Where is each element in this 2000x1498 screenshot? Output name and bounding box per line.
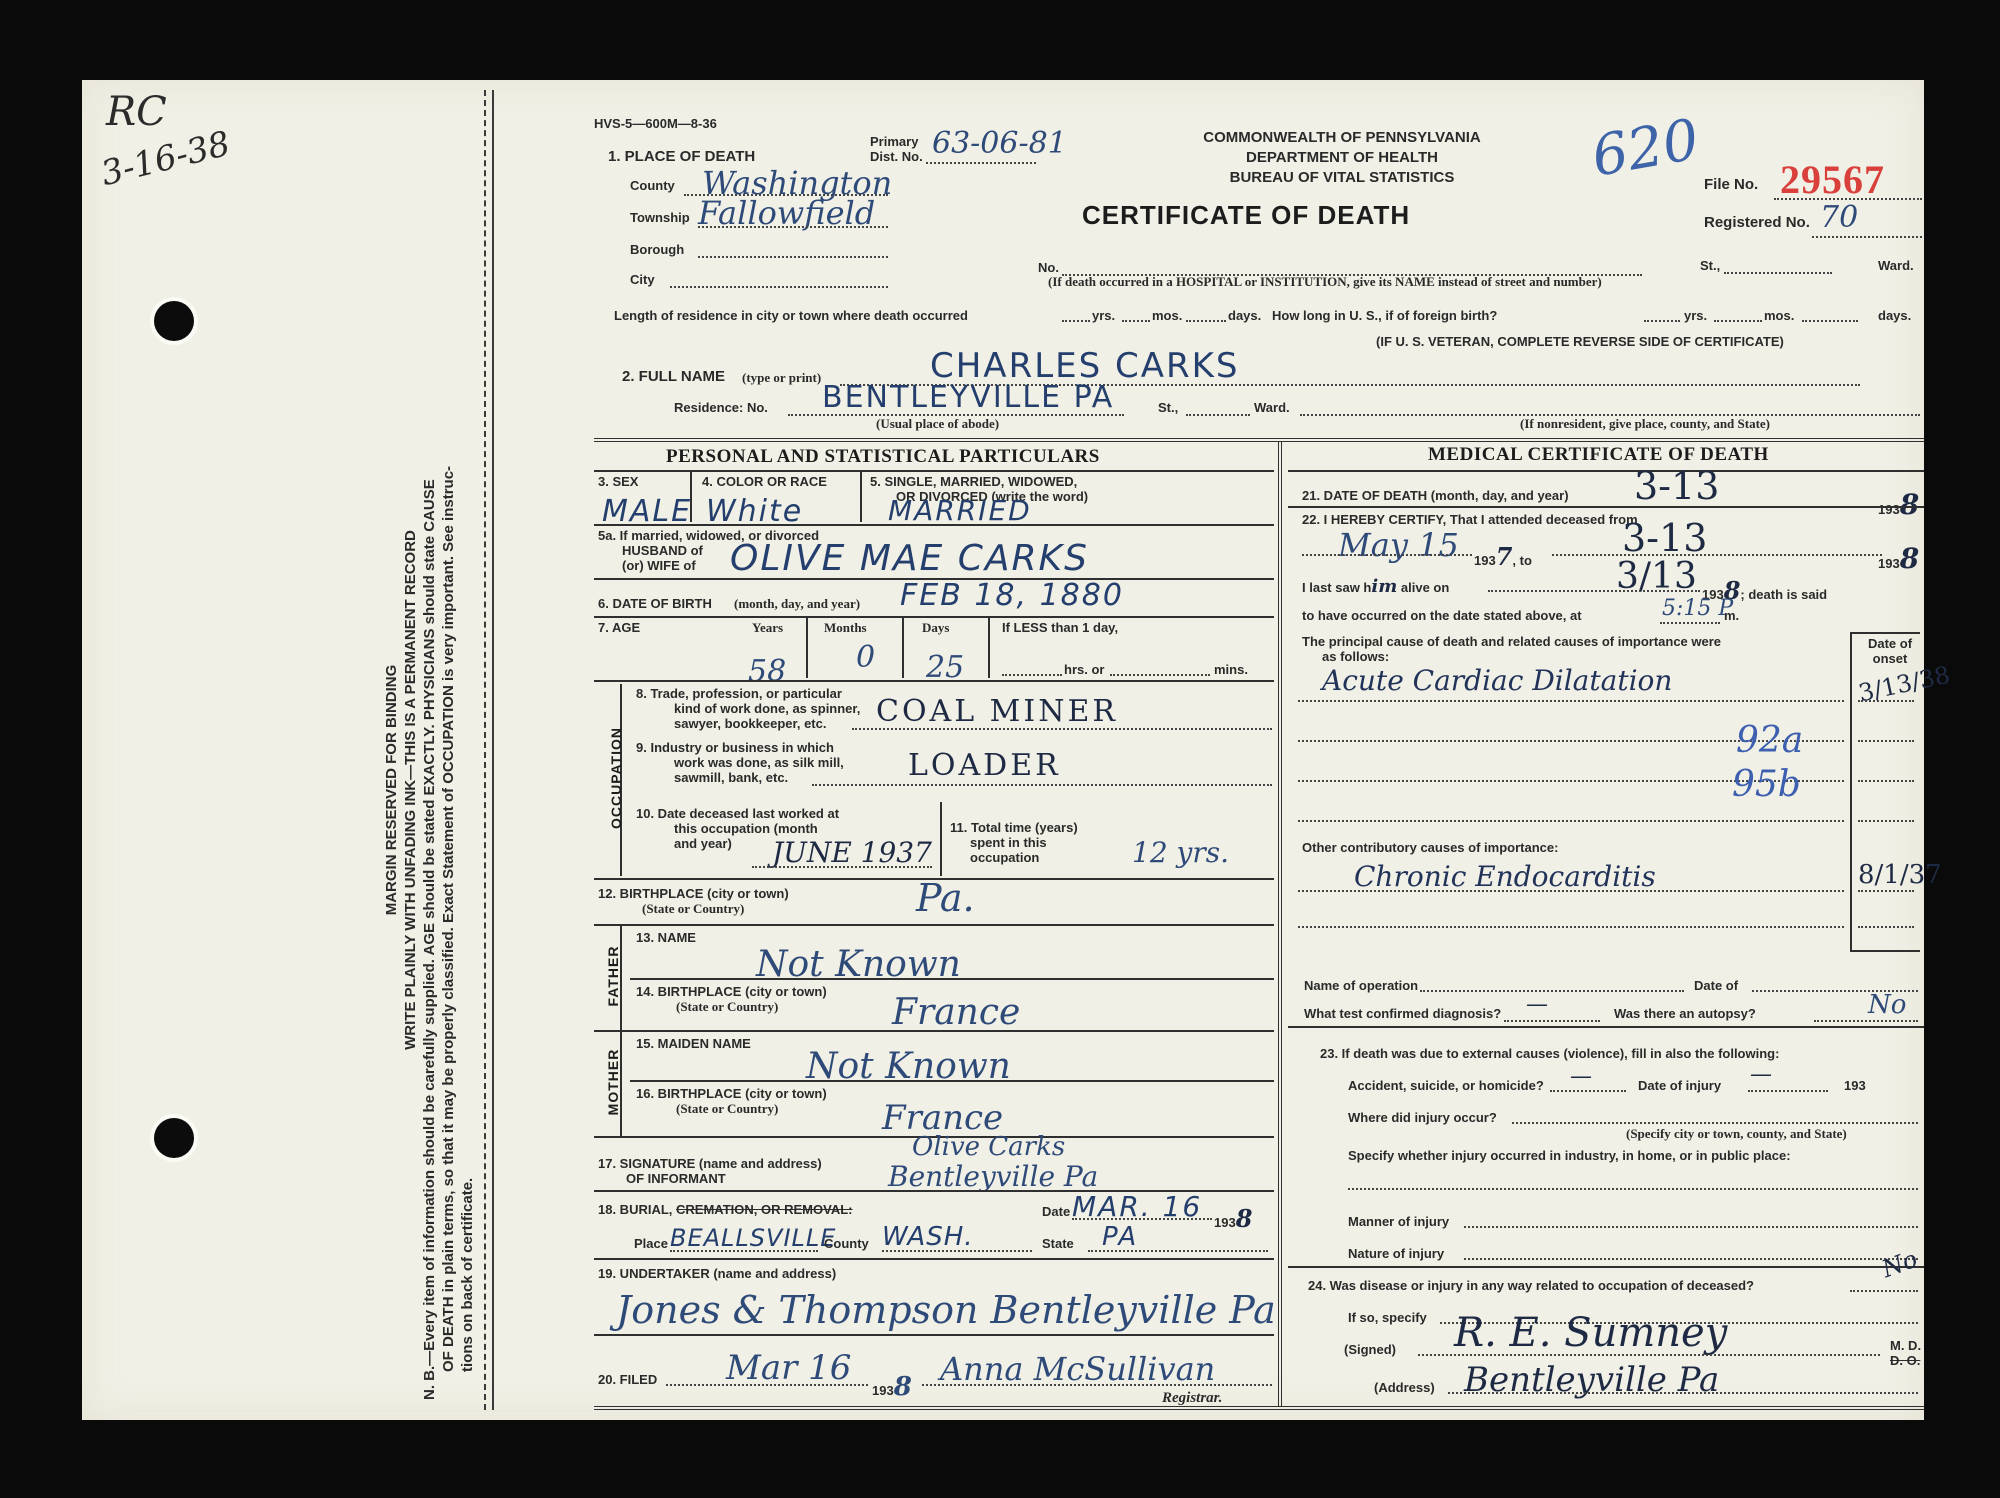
operation-field [1420,990,1684,992]
date-of-birth: FEB 18, 1880 [900,578,1124,613]
injury-date-value: — [1750,1062,1772,1087]
registrar-signature: Anna McSullivan [940,1350,1215,1388]
trade-value: COAL MINER [876,694,1118,729]
mother-side-label: MOTHER [605,1037,621,1127]
hospital-note: (If death occurred in a HOSPITAL or INST… [1048,274,1602,290]
cause-code-2: 95b [1732,764,1801,805]
city-field [670,286,888,288]
filed-date: Mar 16 [726,1348,851,1388]
contributory-cause-onset: 8/1/37 [1858,860,1942,890]
binding-rule [492,90,494,1410]
date-of-death: 3-13 [1634,464,1719,508]
physician-address: Bentleyville Pa [1464,1360,1719,1400]
binding-hole-top [154,301,194,341]
primary-dist-no: 63-06-81 [932,126,1067,161]
informant-name: Olive Carks [912,1132,1065,1162]
binding-perforation [484,90,486,1410]
total-time-in-occupation: 12 yrs. [1132,836,1229,869]
veteran-note: (IF U. S. VETERAN, COMPLETE REVERSE SIDE… [1376,334,1784,349]
burial-place: BEALLSVILLE [670,1224,836,1252]
burial-state: PA [1102,1222,1138,1252]
medical-section-title: MEDICAL CERTIFICATE OF DEATH [1428,444,1769,466]
file-no-label: File No. [1704,176,1758,193]
attended-from-year-digit: 7 [1496,542,1513,571]
borough-field [698,256,888,258]
manner-of-injury-field [1464,1226,1918,1228]
burial-year-digit: 8 [1236,1204,1253,1233]
stamp-number: 620 [1587,107,1704,190]
document-title: CERTIFICATE OF DEATH [1082,200,1410,231]
filed-year-digit: 8 [894,1372,912,1402]
injury-location-field [1512,1122,1918,1124]
certificate-paper: RC 3-16-38 MARGIN RESERVED FOR BINDING W… [82,80,1924,1420]
father-birthplace: France [892,992,1020,1033]
occupation-related-value: No [1878,1245,1921,1283]
principal-cause: Acute Cardiac Dilatation [1322,664,1672,697]
death-certificate-form: HVS-5—600M—8-36 Primary Dist. No. 63-06-… [502,80,1924,1420]
death-year-digit: 8 [1900,488,1919,521]
age-months: 0 [856,640,875,675]
last-worked-date: JUNE 1937 [772,836,932,869]
informant-address: Bentleyville Pa [888,1160,1098,1193]
nature-of-injury-field [1464,1258,1918,1260]
father-side-label: FATHER [605,931,621,1021]
primary-dist-label: Primary Dist. No. [870,134,923,164]
test-confirmed-value: — [1526,992,1548,1017]
attended-from: May 15 [1338,526,1459,564]
binding-hole-bottom [154,1118,194,1158]
undertaker-value: Jones & Thompson Bentleyville Pa [616,1288,1276,1332]
registered-no: 70 [1820,200,1858,235]
age-years: 58 [748,654,786,689]
marital-status: MARRIED [888,494,1032,527]
time-of-death: 5:15 P [1662,596,1733,621]
personal-section-title: PERSONAL AND STATISTICAL PARTICULARS [666,446,1100,468]
pencil-note-initials: RC [106,92,167,132]
place-of-death-heading: 1. PLACE OF DEATH [608,148,755,165]
issuing-agency: COMMONWEALTH OF PENNSYLVANIA DEPARTMENT … [1152,128,1532,188]
contributory-cause: Chronic Endocarditis [1354,860,1656,893]
registered-no-label: Registered No. [1704,214,1810,231]
accident-value: — [1570,1064,1592,1089]
last-saw-pronoun: im [1371,576,1397,597]
do-label: D. O. [1890,1353,1921,1368]
industry-value: LOADER [908,748,1061,783]
occupation-side-label: OCCUPATION [608,718,624,838]
column-divider [1278,442,1282,1406]
physician-signature: R. E. Sumney [1454,1310,1727,1356]
margin-instructions: MARGIN RESERVED FOR BINDING WRITE PLAINL… [382,180,477,1400]
burial-county: WASH. [882,1222,974,1252]
cause-code-1: 92a [1736,720,1803,761]
decedent-residence: BENTLEYVILLE PA [822,380,1114,415]
form-code: HVS-5—600M—8-36 [594,116,717,131]
decedent-birthplace: Pa. [916,876,975,920]
autopsy-value: No [1868,990,1906,1020]
md-label: M. D. [1890,1338,1921,1353]
file-no: 29567 [1780,156,1885,203]
spouse-name: OLIVE MAE CARKS [730,538,1089,579]
attended-to-year-digit: 8 [1900,542,1919,575]
pencil-note-date: 3-16-38 [98,127,233,192]
